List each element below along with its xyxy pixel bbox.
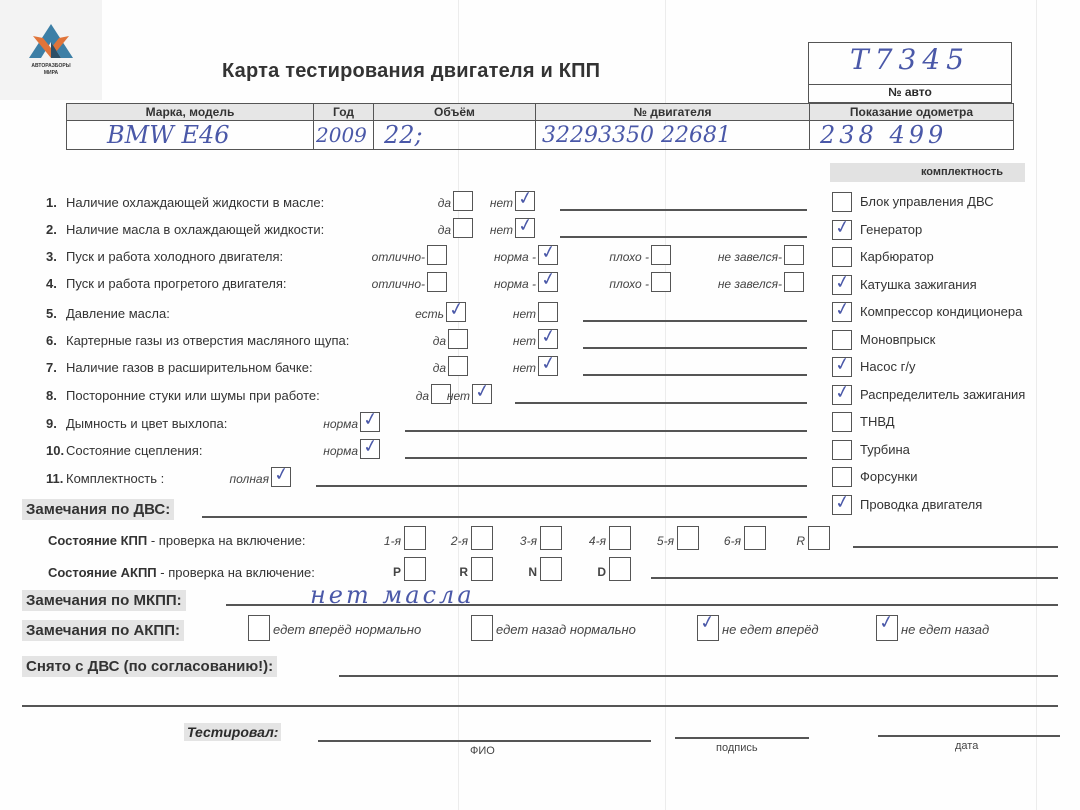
gear-label: 5-я	[657, 534, 674, 548]
akpp-remarks-label: Замечания по АКПП:	[22, 620, 184, 641]
check-label: Посторонние стуки или шумы при работе:	[66, 388, 320, 403]
check-row: 11.Комплектность :	[46, 471, 164, 486]
mkpp-remarks-label: Замечания по МКПП:	[22, 590, 186, 611]
check-row: 5.Давление масла:	[46, 306, 170, 321]
logo-line2: МИРА	[14, 70, 88, 77]
check-row: 3.Пуск и работа холодного двигателя:	[46, 249, 283, 264]
col-odometer: Показание одометра	[810, 104, 1014, 121]
completeness-label: Блок управления ДВС	[860, 194, 994, 209]
check-label: Пуск и работа холодного двигателя:	[66, 249, 283, 264]
check-label: Комплектность :	[66, 471, 164, 486]
gear-label: 6-я	[724, 534, 741, 548]
check-row: 2.Наличие масла в охлаждающей жидкости:	[46, 222, 324, 237]
gear-label: P	[393, 565, 401, 579]
completeness-label: Насос г/у	[860, 359, 915, 374]
option-label: нет	[490, 223, 513, 237]
completeness-label: Компрессор кондиционера	[860, 304, 1022, 319]
option-label: норма -	[494, 277, 536, 291]
gear-label: 1-я	[384, 534, 401, 548]
option-checkbox[interactable]	[784, 272, 804, 292]
tester-signature-field[interactable]	[675, 737, 809, 739]
completeness-header: комплектность	[830, 163, 1025, 182]
completeness-label: Проводка двигателя	[860, 497, 982, 512]
completeness-checkbox[interactable]	[832, 192, 852, 212]
option-label: да	[433, 334, 446, 348]
col-engine-number: № двигателя	[536, 104, 810, 121]
option-checkbox[interactable]	[448, 356, 468, 376]
col-year: Год	[314, 104, 374, 121]
option-label: норма -	[494, 250, 536, 264]
odometer-value[interactable]: 238 499	[810, 121, 1014, 150]
option-label: да	[438, 196, 451, 210]
check-notes-field[interactable]	[316, 485, 807, 487]
akpp-option-checkbox[interactable]	[248, 615, 270, 641]
option-checkbox[interactable]	[472, 384, 492, 404]
gear-label: R	[459, 565, 468, 579]
option-label: норма	[323, 444, 358, 458]
check-number: 3.	[46, 249, 66, 264]
check-row: 7.Наличие газов в расширительном бачке:	[46, 360, 313, 375]
col-volume: Объём	[374, 104, 536, 121]
tested-by-label: Тестировал:	[184, 723, 281, 741]
check-label: Картерные газы из отверстия масляного щу…	[66, 333, 349, 348]
completeness-checkbox[interactable]	[832, 412, 852, 432]
completeness-label: Форсунки	[860, 469, 917, 484]
option-label: нет	[513, 361, 536, 375]
completeness-checkbox[interactable]	[832, 357, 852, 377]
check-notes-field[interactable]	[583, 374, 807, 376]
auto-number-label: № авто	[809, 85, 1011, 102]
completeness-label: Турбина	[860, 442, 910, 457]
check-number: 10.	[46, 443, 66, 458]
option-checkbox[interactable]	[515, 218, 535, 238]
gear-label: 2-я	[451, 534, 468, 548]
completeness-label: Катушка зажигания	[860, 277, 977, 292]
option-checkbox[interactable]	[427, 272, 447, 292]
option-checkbox[interactable]	[427, 245, 447, 265]
check-row: 10.Состояние сцепления:	[46, 443, 202, 458]
test-card-document: АВТОРАЗБОРЫ МИРА Карта тестирования двиг…	[0, 0, 1080, 810]
option-checkbox[interactable]	[446, 302, 466, 322]
page-title: Карта тестирования двигателя и КПП	[222, 60, 600, 83]
removed-label: Снято с ДВС (по согласованию!):	[22, 656, 277, 677]
check-number: 2.	[46, 222, 66, 237]
check-number: 4.	[46, 276, 66, 291]
gear-checkbox[interactable]	[404, 557, 426, 581]
option-label: норма	[323, 417, 358, 431]
gear-label: D	[597, 565, 606, 579]
completeness-label: Распределитель зажигания	[860, 387, 1025, 402]
option-checkbox[interactable]	[538, 356, 558, 376]
option-checkbox[interactable]	[453, 191, 473, 211]
completeness-label: ТНВД	[860, 414, 895, 429]
check-notes-field[interactable]	[560, 236, 807, 238]
year-value[interactable]: 2009	[314, 121, 374, 150]
engine-remarks-field[interactable]	[202, 516, 807, 518]
check-number: 8.	[46, 388, 66, 403]
akpp-option-label: едет вперёд нормально	[273, 622, 421, 637]
avtorazbory-mira-logo-icon	[29, 24, 73, 60]
auto-number-value[interactable]: Т7345	[809, 43, 1011, 85]
gear-checkbox[interactable]	[540, 557, 562, 581]
option-checkbox[interactable]	[538, 329, 558, 349]
gear-checkbox[interactable]	[471, 526, 493, 550]
check-notes-field[interactable]	[405, 430, 807, 432]
manual-gearbox-title: Состояние КПП - проверка на включение:	[48, 533, 305, 548]
option-label: полная	[230, 472, 269, 486]
gear-checkbox[interactable]	[609, 557, 631, 581]
check-label: Давление масла:	[66, 306, 170, 321]
option-label: нет	[490, 196, 513, 210]
completeness-label: Генератор	[860, 222, 922, 237]
check-notes-field[interactable]	[583, 320, 807, 322]
option-label: нет	[513, 307, 536, 321]
make-model-value[interactable]: BMW E46	[67, 121, 314, 150]
akpp-option-label: едет назад нормально	[496, 622, 636, 637]
check-label: Наличие охлаждающей жидкости в масле:	[66, 195, 324, 210]
check-label: Состояние сцепления:	[66, 443, 202, 458]
check-row: 4.Пуск и работа прогретого двигателя:	[46, 276, 286, 291]
option-label: не завелся-	[718, 250, 782, 264]
gear-checkbox[interactable]	[677, 526, 699, 550]
check-label: Дымность и цвет выхлопа:	[66, 416, 227, 431]
option-label: плохо -	[609, 277, 649, 291]
option-checkbox[interactable]	[453, 218, 473, 238]
option-checkbox[interactable]	[515, 191, 535, 211]
completeness-checkbox[interactable]	[832, 467, 852, 487]
check-notes-field[interactable]	[405, 457, 807, 459]
removed-field[interactable]	[339, 675, 1058, 677]
tester-name-field[interactable]	[318, 740, 651, 742]
removed-field-line2[interactable]	[22, 705, 1058, 707]
gear-checkbox[interactable]	[471, 557, 493, 581]
akpp-option-label: не едет назад	[901, 622, 989, 637]
option-label: отлично-	[372, 250, 425, 264]
option-label: да	[438, 223, 451, 237]
option-checkbox[interactable]	[784, 245, 804, 265]
completeness-checkbox[interactable]	[832, 247, 852, 267]
option-checkbox[interactable]	[538, 302, 558, 322]
check-label: Наличие масла в охлаждающей жидкости:	[66, 222, 324, 237]
completeness-label: Моновпрыск	[860, 332, 935, 347]
signature-caption: подпись	[716, 742, 758, 754]
option-checkbox[interactable]	[360, 439, 380, 459]
option-checkbox[interactable]	[538, 272, 558, 292]
option-label: да	[433, 361, 446, 375]
check-row: 8.Посторонние стуки или шумы при работе:	[46, 388, 320, 403]
gear-checkbox[interactable]	[609, 526, 631, 550]
gear-checkbox[interactable]	[540, 526, 562, 550]
gear-checkbox[interactable]	[808, 526, 830, 550]
akpp-option-checkbox[interactable]	[876, 615, 898, 641]
check-label: Наличие газов в расширительном бачке:	[66, 360, 313, 375]
check-number: 11.	[46, 471, 66, 486]
check-number: 7.	[46, 360, 66, 375]
check-number: 9.	[46, 416, 66, 431]
gear-label: N	[528, 565, 537, 579]
auto-number-box: Т7345 № авто	[808, 42, 1012, 103]
check-number: 5.	[46, 306, 66, 321]
check-row: 6.Картерные газы из отверстия масляного …	[46, 333, 349, 348]
akpp-option-checkbox[interactable]	[697, 615, 719, 641]
option-label: есть	[415, 307, 444, 321]
col-make-model: Марка, модель	[67, 104, 314, 121]
volume-value[interactable]: 22;	[374, 121, 536, 150]
akpp-option-checkbox[interactable]	[471, 615, 493, 641]
fio-caption: ФИО	[470, 745, 495, 757]
check-notes-field[interactable]	[515, 402, 807, 404]
auto-gearbox-title: Состояние АКПП - проверка на включение:	[48, 565, 315, 580]
option-label: нет	[513, 334, 536, 348]
akpp-option-label: не едет вперёд	[722, 622, 819, 637]
completeness-checkbox[interactable]	[832, 330, 852, 350]
engine-number-value[interactable]: 32293350 22681	[536, 121, 810, 150]
engine-remarks-label: Замечания по ДВС:	[22, 499, 174, 520]
vehicle-info-table: Марка, модель Год Объём № двигателя Пока…	[66, 103, 1014, 150]
completeness-checkbox[interactable]	[832, 302, 852, 322]
completeness-checkbox[interactable]	[832, 220, 852, 240]
gear-label: R	[796, 534, 805, 548]
auto-gearbox-notes-field[interactable]	[651, 577, 1058, 579]
completeness-checkbox[interactable]	[832, 385, 852, 405]
date-caption: дата	[955, 740, 978, 752]
paper-fold	[1036, 0, 1037, 810]
option-checkbox[interactable]	[651, 245, 671, 265]
manual-gearbox-notes-field[interactable]	[853, 546, 1058, 548]
option-label: не завелся-	[718, 277, 782, 291]
logo-line1: АВТОРАЗБОРЫ	[14, 63, 88, 70]
check-row: 9.Дымность и цвет выхлопа:	[46, 416, 227, 431]
option-label: плохо -	[609, 250, 649, 264]
check-notes-field[interactable]	[560, 209, 807, 211]
check-number: 6.	[46, 333, 66, 348]
gear-checkbox[interactable]	[404, 526, 426, 550]
gear-checkbox[interactable]	[744, 526, 766, 550]
option-checkbox[interactable]	[360, 412, 380, 432]
check-row: 1.Наличие охлаждающей жидкости в масле:	[46, 195, 324, 210]
option-checkbox[interactable]	[271, 467, 291, 487]
completeness-checkbox[interactable]	[832, 495, 852, 515]
option-checkbox[interactable]	[538, 245, 558, 265]
completeness-checkbox[interactable]	[832, 275, 852, 295]
test-date-field[interactable]	[878, 735, 1060, 737]
completeness-checkbox[interactable]	[832, 440, 852, 460]
gear-label: 3-я	[520, 534, 537, 548]
option-checkbox[interactable]	[448, 329, 468, 349]
check-number: 1.	[46, 195, 66, 210]
option-label: нет	[447, 389, 470, 403]
mkpp-remarks-field	[226, 604, 1058, 606]
option-label: отлично-	[372, 277, 425, 291]
completeness-label: Карбюратор	[860, 249, 934, 264]
gear-label: 4-я	[589, 534, 606, 548]
logo: АВТОРАЗБОРЫ МИРА	[0, 0, 102, 100]
option-checkbox[interactable]	[651, 272, 671, 292]
check-label: Пуск и работа прогретого двигателя:	[66, 276, 286, 291]
option-label: да	[416, 389, 429, 403]
check-notes-field[interactable]	[583, 347, 807, 349]
